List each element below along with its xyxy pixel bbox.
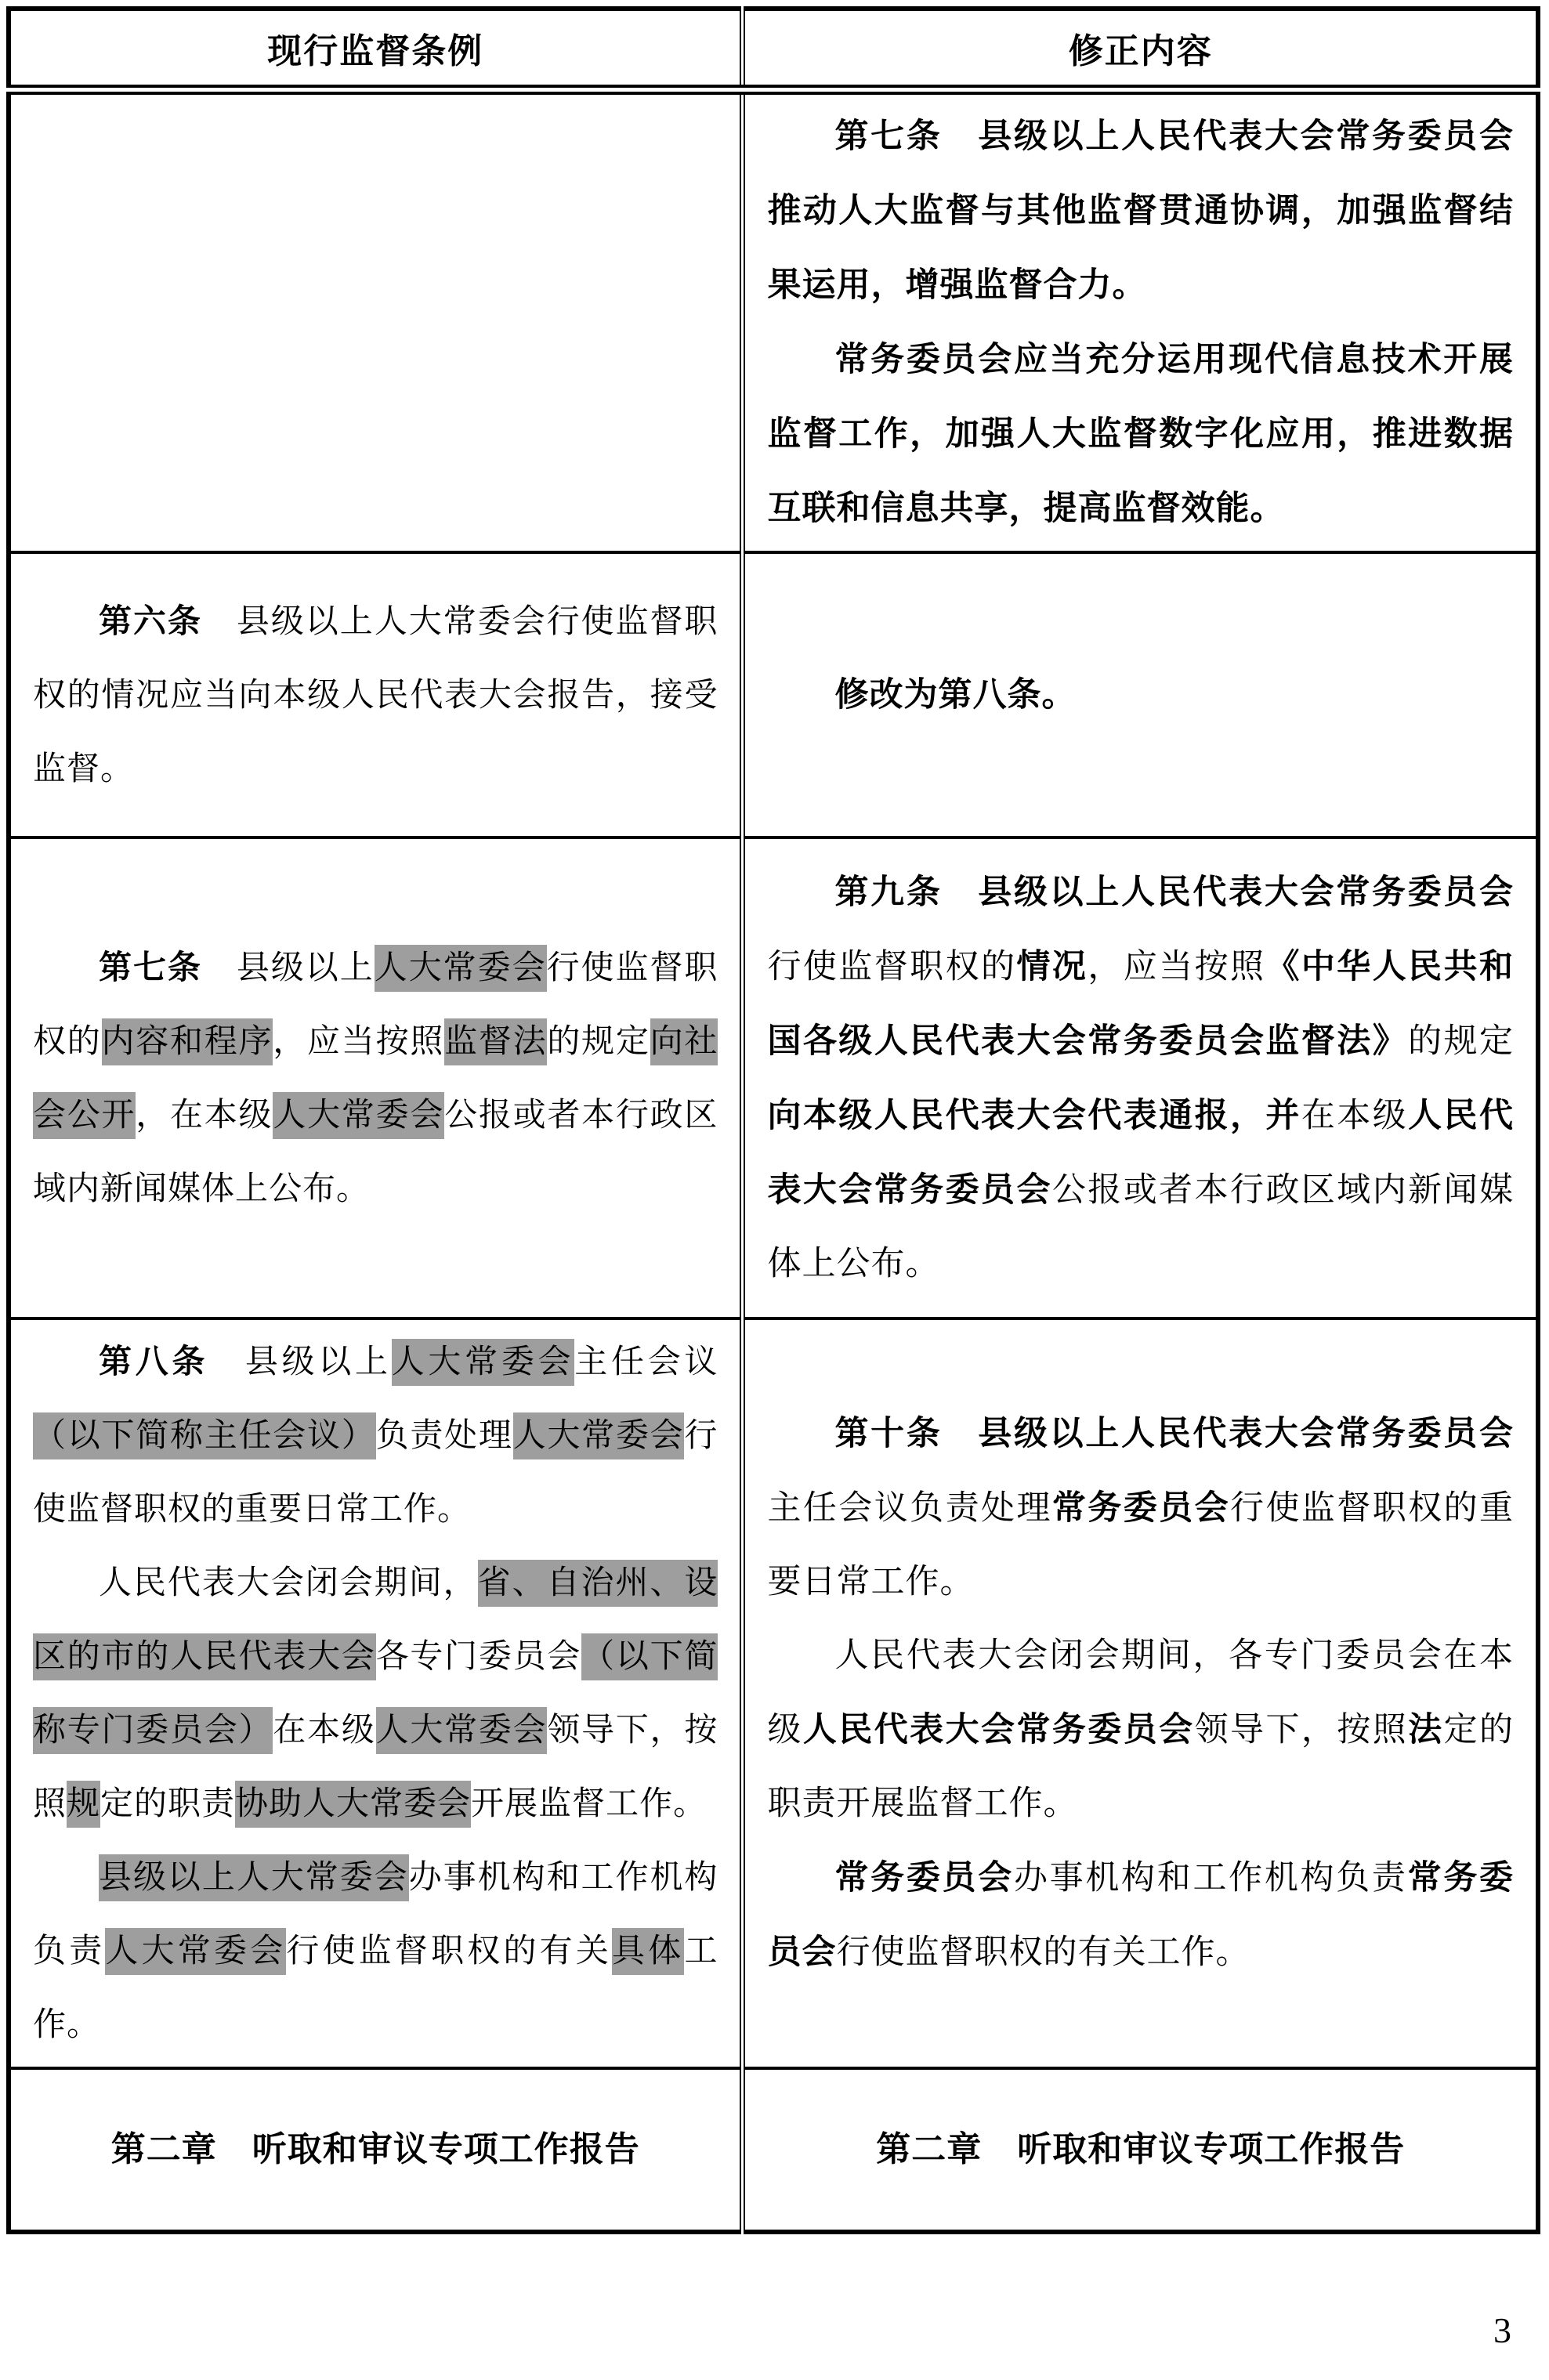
text-run: 负责处理	[376, 1418, 513, 1454]
bold-run: 第二章 听取和审议专项工作报告	[876, 2130, 1405, 2168]
cell-amendment-chapter2-title: 第二章 听取和审议专项工作报告	[743, 2068, 1538, 2232]
text-run: 行使监督职权的	[767, 949, 1016, 986]
paragraph: 第七条 县级以上人民代表大会常务委员会推动人大监督与其他监督贯通协调，加强监督结…	[767, 99, 1514, 323]
table-row: 第七条 县级以上人民代表大会常务委员会推动人大监督与其他监督贯通协调，加强监督结…	[9, 90, 1538, 553]
bold-run: 常务委员会应当充分运用现代信息技术开展监督工作，加强人大监督数字化应用，推进数据…	[767, 341, 1514, 527]
cell-current-article7: 第七条 县级以上人大常委会行使监督职权的内容和程序，应当按照监督法的规定向社会公…	[9, 837, 743, 1318]
text-run: 的规定	[1408, 1023, 1514, 1060]
paragraph: 第七条 县级以上人大常委会行使监督职权的内容和程序，应当按照监督法的规定向社会公…	[33, 931, 718, 1226]
table-row: 第八条 县级以上人大常委会主任会议（以下简称主任会议）负责处理人大常委会行使监督…	[9, 1318, 1538, 2068]
text-run: 各专门委员会	[376, 1639, 582, 1675]
bold-run: 人民代表大会常务委员会	[803, 1711, 1195, 1749]
table-row: 第二章 听取和审议专项工作报告 第二章 听取和审议专项工作报告	[9, 2068, 1538, 2232]
cell-amendment-article9: 第九条 县级以上人民代表大会常务委员会行使监督职权的情况，应当按照《中华人民共和…	[743, 837, 1538, 1318]
regulation-comparison-table: 现行监督条例 修正内容 第七条 县级以上人民代表大会常务委员会推动人大监督与其他…	[6, 6, 1540, 2234]
text-run: 行使监督职权的有关	[286, 1933, 612, 1969]
bold-run: 第七条 县级以上人民代表大会常务委员会推动人大监督与其他监督贯通协调，加强监督结…	[767, 118, 1514, 304]
bold-run: 第二章 听取和审议专项工作报告	[111, 2130, 640, 2168]
bold-run: 情况	[1016, 948, 1088, 986]
highlighted-run: 监督法	[444, 1018, 547, 1065]
paragraph: 修改为第八条。	[767, 658, 1514, 732]
table-row: 第七条 县级以上人大常委会行使监督职权的内容和程序，应当按照监督法的规定向社会公…	[9, 837, 1538, 1318]
highlighted-run: （以下简称主任会议）	[33, 1412, 376, 1459]
text-run: 县级以上	[208, 1344, 392, 1380]
paragraph: 第二章 听取和审议专项工作报告	[33, 2113, 718, 2187]
paragraph: 第十条 县级以上人民代表大会常务委员会主任会议负责处理常务委员会行使监督职权的重…	[767, 1397, 1514, 1619]
cell-amendment-article7: 第七条 县级以上人民代表大会常务委员会推动人大监督与其他监督贯通协调，加强监督结…	[743, 90, 1538, 553]
column-header-amendment: 修正内容	[743, 9, 1538, 90]
text-run: 主任会议	[574, 1344, 718, 1380]
text-run: 在本级	[1301, 1098, 1408, 1134]
paragraph: 第八条 县级以上人大常委会主任会议（以下简称主任会议）负责处理人大常委会行使监督…	[33, 1325, 718, 1546]
text-run: 定的职责	[100, 1786, 235, 1822]
text-run: 办事机构和工作机构负责	[1014, 1860, 1408, 1897]
bold-run: 向本级人民代表大会代表通报，并	[767, 1097, 1301, 1134]
highlighted-run: 县级以上人大常委会	[99, 1854, 409, 1901]
bold-run: 第十条 县级以上人民代表大会常务委员会	[834, 1415, 1514, 1452]
highlighted-run: 人大常委会	[376, 1707, 548, 1754]
bold-run: 常务委员会	[1052, 1489, 1230, 1527]
document-page: 现行监督条例 修正内容 第七条 县级以上人民代表大会常务委员会推动人大监督与其他…	[0, 0, 1549, 2380]
bold-run: 第八条	[99, 1343, 208, 1380]
bold-run: 修改为第八条。	[834, 676, 1076, 714]
highlighted-run: 人大常委会	[392, 1339, 575, 1386]
table-row: 第六条 县级以上人大常委会行使监督职权的情况应当向本级人民代表大会报告，接受监督…	[9, 552, 1538, 837]
text-run: ，应当按照	[1088, 949, 1265, 986]
bold-run: 第六条	[99, 602, 202, 639]
text-run: 开展监督工作。	[471, 1786, 707, 1822]
highlighted-run: 人大常委会	[375, 945, 547, 992]
highlighted-run: 规	[67, 1781, 100, 1828]
text-run: 的规定	[547, 1024, 650, 1060]
cell-current-article8: 第八条 县级以上人大常委会主任会议（以下简称主任会议）负责处理人大常委会行使监督…	[9, 1318, 743, 2068]
highlighted-run: 人大常委会	[513, 1412, 685, 1459]
paragraph: 人民代表大会闭会期间，各专门委员会在本级人民代表大会常务委员会领导下，按照法定的…	[767, 1619, 1514, 1841]
paragraph: 第九条 县级以上人民代表大会常务委员会行使监督职权的情况，应当按照《中华人民共和…	[767, 855, 1514, 1301]
paragraph: 人民代表大会闭会期间，省、自治州、设区的市的人民代表大会各专门委员会（以下简称专…	[33, 1546, 718, 1841]
text-run: 在本级	[273, 1713, 375, 1749]
highlighted-run: 内容和程序	[102, 1018, 273, 1065]
highlighted-run: 协助人大常委会	[235, 1781, 471, 1828]
header-row: 现行监督条例 修正内容	[9, 9, 1538, 90]
paragraph: 县级以上人大常委会办事机构和工作机构负责人大常委会行使监督职权的有关具体工作。	[33, 1841, 718, 2062]
column-header-current-regulation: 现行监督条例	[9, 9, 743, 90]
bold-run: 第七条	[99, 949, 202, 986]
text-run: 行使监督职权的有关工作。	[836, 1934, 1250, 1971]
highlighted-run: 人大常委会	[273, 1092, 444, 1139]
bold-run: 常务委员会	[834, 1859, 1014, 1897]
text-run: 县级以上	[202, 950, 375, 986]
text-run: ，在本级	[136, 1098, 273, 1134]
highlighted-run: 人大常委会	[105, 1928, 286, 1975]
text-run: 主任会议负责处理	[767, 1490, 1051, 1527]
page-number: 3	[1493, 2309, 1511, 2351]
highlighted-run: 具体	[612, 1928, 684, 1975]
cell-current-article7-empty	[9, 90, 743, 553]
paragraph: 常务委员会办事机构和工作机构负责常务委员会行使监督职权的有关工作。	[767, 1841, 1514, 1990]
bold-run: 第九条 县级以上人民代表大会常务委员会	[834, 874, 1514, 911]
text-run: 领导下，按照	[1195, 1712, 1409, 1749]
paragraph: 第六条 县级以上人大常委会行使监督职权的情况应当向本级人民代表大会报告，接受监督…	[33, 584, 718, 806]
cell-amendment-article8-renumber: 修改为第八条。	[743, 552, 1538, 837]
bold-run: 法	[1408, 1711, 1443, 1749]
cell-current-chapter2-title: 第二章 听取和审议专项工作报告	[9, 2068, 743, 2232]
text-run: 人民代表大会闭会期间，	[99, 1565, 478, 1601]
cell-current-article6: 第六条 县级以上人大常委会行使监督职权的情况应当向本级人民代表大会报告，接受监督…	[9, 552, 743, 837]
text-run: ，应当按照	[273, 1024, 444, 1060]
paragraph: 常务委员会应当充分运用现代信息技术开展监督工作，加强人大监督数字化应用，推进数据…	[767, 323, 1514, 546]
cell-amendment-article10: 第十条 县级以上人民代表大会常务委员会主任会议负责处理常务委员会行使监督职权的重…	[743, 1318, 1538, 2068]
paragraph: 第二章 听取和审议专项工作报告	[767, 2113, 1514, 2187]
